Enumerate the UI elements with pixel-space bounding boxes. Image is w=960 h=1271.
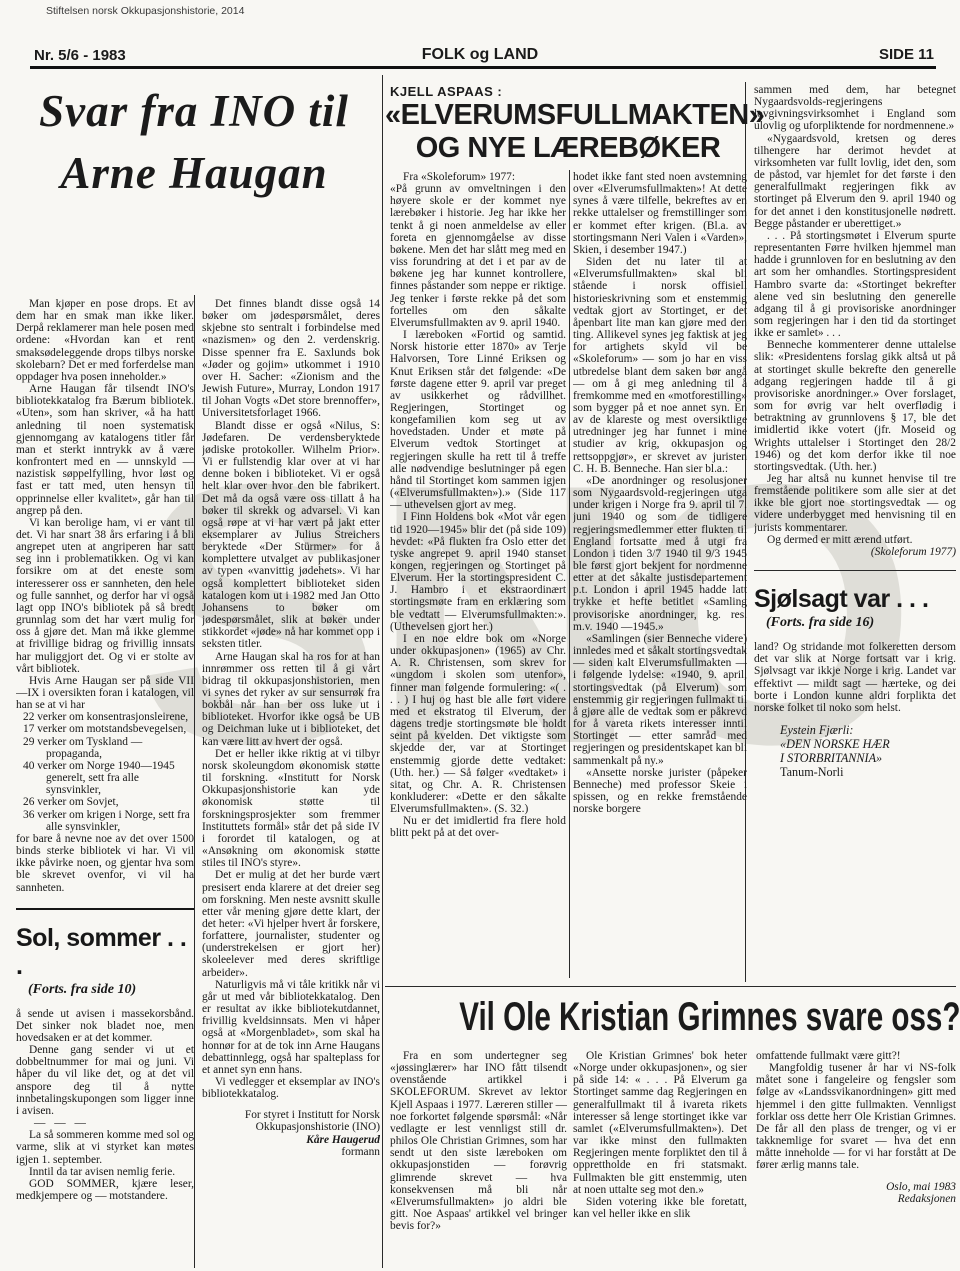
paragraph: «Ansette norske jurister (påpeker Bennec… xyxy=(573,767,747,816)
paragraph: 36 verker om krigen i Norge, sett fra al… xyxy=(16,809,194,833)
paragraph: Siden votering ikke ble foretatt, kan ve… xyxy=(573,1196,747,1220)
grimnes-column-1-text: Fra en som undertegner seg «jøssinglærer… xyxy=(390,1050,567,1232)
paragraph: 40 verker om Norge 1940—1945 generelt, s… xyxy=(16,760,194,796)
paragraph: Mangfoldig tusener år har vi NS-folk måt… xyxy=(756,1062,956,1171)
article-title-ino: Svar fra INO til Arne Haugan xyxy=(10,80,378,204)
ino-column-2-text: Det finnes blandt disse også 14 bøker om… xyxy=(202,298,380,1158)
elverum-column-3-text: sammen med dem, har betegnet Nygaardsvol… xyxy=(754,84,956,558)
elverum-byline: KJELL ASPAAS : xyxy=(390,84,502,99)
sjolsagt-book-credit: Eystein Fjærli:«DEN NORSKE HÆRI STORBRIT… xyxy=(754,723,956,779)
paragraph: 29 verker om Tyskland — propaganda, xyxy=(16,736,194,760)
ino-column-1-text: Man kjøper en pose drops. Et av dem har … xyxy=(16,298,194,894)
grimnes-headline: Vil Ole Kristian Grimnes svare oss? xyxy=(459,994,882,1040)
right-column: sammen med dem, har betegnet Nygaardsvol… xyxy=(754,84,956,982)
ino-column-1: Man kjøper en pose drops. Et av dem har … xyxy=(16,298,194,1271)
grimnes-column-2: Ole Kristian Grimnes' bok heter «Norge u… xyxy=(573,1050,747,1271)
column-divider xyxy=(569,170,570,978)
paragraph: Det er heller ikke riktig at vi tilbyr n… xyxy=(202,748,380,870)
paragraph: 26 verker om Sovjet, xyxy=(16,796,194,808)
scan-credit: Stiftelsen norsk Okkupasjonshistorie, 20… xyxy=(46,5,244,17)
elverum-column-1-text: Fra «Skoleforum» 1977:«På grunn av omvel… xyxy=(390,171,566,840)
paragraph: å sende ut avisen i massekorsbånd. Det s… xyxy=(16,1008,194,1044)
paragraph: «Samlingen (sier Benneche videre) innled… xyxy=(573,633,747,767)
paragraph: La så sommeren komme med sol og varme, s… xyxy=(16,1129,194,1165)
elverum-column-1: Fra «Skoleforum» 1977:«På grunn av omvel… xyxy=(390,171,566,977)
paragraph: «På grunn av omveltningen i den høyere s… xyxy=(390,183,566,329)
paragraph: omfattende fullmakt være gitt?! xyxy=(756,1050,956,1062)
sol-section-title: Sol, sommer . . . xyxy=(16,924,194,980)
sol-section-rule xyxy=(16,908,194,910)
paragraph: Arne Haugan skal ha ros for at han innrø… xyxy=(202,651,380,748)
paragraph: Naturligvis må vi tåle kritikk når vi gå… xyxy=(202,979,380,1076)
elverum-column-2-text: hodet ikke fant sted noen avstemning ove… xyxy=(573,171,747,815)
elverum-headline-line2: OG NYE LÆREBØKER xyxy=(385,132,751,165)
paragraph: Tanum-Norli xyxy=(754,765,956,779)
paragraph: Redaksjonen xyxy=(756,1193,956,1205)
paragraph: Og dermed er mitt ærend utført. xyxy=(754,534,956,546)
paragraph: Fra en som undertegner seg «jøssinglærer… xyxy=(390,1050,567,1232)
sol-section-text: å sende ut avisen i massekorsbånd. Det s… xyxy=(16,1008,194,1203)
paragraph: 17 verker om motstandsbevegelsen, xyxy=(16,723,194,735)
paragraph: Fra «Skoleforum» 1977: xyxy=(390,171,566,183)
elverum-headline: «ELVERUMSFULLMAKTEN» OG NYE LÆREBØKER xyxy=(385,99,751,165)
paragraph: «Nygaardsvold, kretsen og deres tilhenge… xyxy=(754,133,956,230)
ino-column-2: Det finnes blandt disse også 14 bøker om… xyxy=(202,298,380,1271)
paragraph: GOD SOMMER, kjære leser, medkjempere og … xyxy=(16,1178,194,1202)
paragraph: I en noe eldre bok om «Norge under okkup… xyxy=(390,633,566,815)
masthead-page-number: SIDE 11 xyxy=(879,46,934,63)
elverum-headline-line1: «ELVERUMSFULLMAKTEN» xyxy=(385,99,751,132)
sjolsagt-section-text: land? Og stridande mot folkeretten derso… xyxy=(754,641,956,714)
paragraph: I læreboken «Fortid og samtid. Norsk his… xyxy=(390,329,566,511)
paragraph: «De anordninger og resolusjoner som Nyga… xyxy=(573,475,747,633)
grimnes-column-3: omfattende fullmakt være gitt?!Mangfoldi… xyxy=(756,1050,956,1271)
paragraph: Benneche kommenterer denne uttalelse sli… xyxy=(754,339,956,473)
paragraph: I STORBRITANNIA» xyxy=(754,751,956,765)
grimnes-section-rule xyxy=(385,986,956,987)
grimnes-column-3-text: omfattende fullmakt være gitt?!Mangfoldi… xyxy=(756,1050,956,1205)
paragraph: Blandt disse er også «Nilus, S: Jødefare… xyxy=(202,420,380,651)
sjolsagt-section-title: Sjølsagt var . . . xyxy=(754,585,956,613)
paragraph: — — — xyxy=(16,1117,194,1129)
masthead-title: FOLK og LAND xyxy=(0,46,960,64)
paragraph: «DEN NORSKE HÆR xyxy=(754,737,956,751)
paragraph: Denne gang sender vi ut et dobbeltnummer… xyxy=(16,1044,194,1117)
sjolsagt-section-rule xyxy=(754,570,956,571)
paragraph: Oslo, mai 1983 xyxy=(756,1181,956,1193)
grimnes-column-1: Fra en som undertegner seg «jøssinglærer… xyxy=(390,1050,567,1271)
paragraph: Siden det nu later til at «Elverumsfullm… xyxy=(573,256,747,475)
masthead-rule xyxy=(30,66,936,69)
sol-continuation-note: (Forts. fra side 10) xyxy=(28,982,194,998)
paragraph: formann xyxy=(202,1146,380,1158)
paragraph: Jeg har altså nu kunnet henvise til tre … xyxy=(754,473,956,534)
paragraph: Arne Haugan får tilsendt INO's bibliotek… xyxy=(16,383,194,517)
grimnes-column-2-text: Ole Kristian Grimnes' bok heter «Norge u… xyxy=(573,1050,747,1220)
paragraph: Okkupasjonshistorie (INO) xyxy=(202,1121,380,1133)
section-divider xyxy=(382,75,383,1268)
paragraph: sammen med dem, har betegnet Nygaardsvol… xyxy=(754,84,956,133)
paragraph: Inntil da tar avisen nemlig ferie. xyxy=(16,1166,194,1178)
paragraph: Eystein Fjærli: xyxy=(754,723,956,737)
newspaper-page: SNO Stiftelsen norsk Okkupasjonshistorie… xyxy=(0,0,960,1271)
elverum-column-2: hodet ikke fant sted noen avstemning ove… xyxy=(573,171,747,977)
paragraph: Nu er det imidlertid fra flere hold blit… xyxy=(390,815,566,839)
paragraph: Ole Kristian Grimnes' bok heter «Norge u… xyxy=(573,1050,747,1196)
paragraph: land? Og stridande mot folkeretten derso… xyxy=(754,641,956,714)
paragraph: Vi vedlegger et eksemplar av INO's bibli… xyxy=(202,1076,380,1100)
paragraph: Vi kan berolige ham, vi er vant til det.… xyxy=(16,517,194,675)
paragraph: hodet ikke fant sted noen avstemning ove… xyxy=(573,171,747,256)
paragraph: Det er mulig at det her burde vært presi… xyxy=(202,869,380,978)
paragraph: . . . På stortingsmøtet i Elverum spurte… xyxy=(754,230,956,339)
article-title-line2: Arne Haugan xyxy=(10,142,378,204)
paragraph: Kåre Haugerud xyxy=(202,1134,380,1146)
paragraph: for bare å nevne noe av det over 1500 bi… xyxy=(16,833,194,894)
column-divider xyxy=(194,295,195,1268)
paragraph: I Finn Holdens bok «Mot vår egen tid 192… xyxy=(390,511,566,633)
paragraph: Det finnes blandt disse også 14 bøker om… xyxy=(202,298,380,420)
article-title-line1: Svar fra INO til xyxy=(10,80,378,142)
paragraph: Hvis Arne Haugan ser på side VII—IX i ov… xyxy=(16,675,194,711)
paragraph: 22 verker om konsentrasjonsleirene, xyxy=(16,711,194,723)
paragraph: For styret i Institutt for Norsk xyxy=(202,1109,380,1121)
paragraph: Man kjøper en pose drops. Et av dem har … xyxy=(16,298,194,383)
paragraph: (Skoleforum 1977) xyxy=(754,546,956,558)
sjolsagt-continuation-note: (Forts. fra side 16) xyxy=(766,615,956,631)
